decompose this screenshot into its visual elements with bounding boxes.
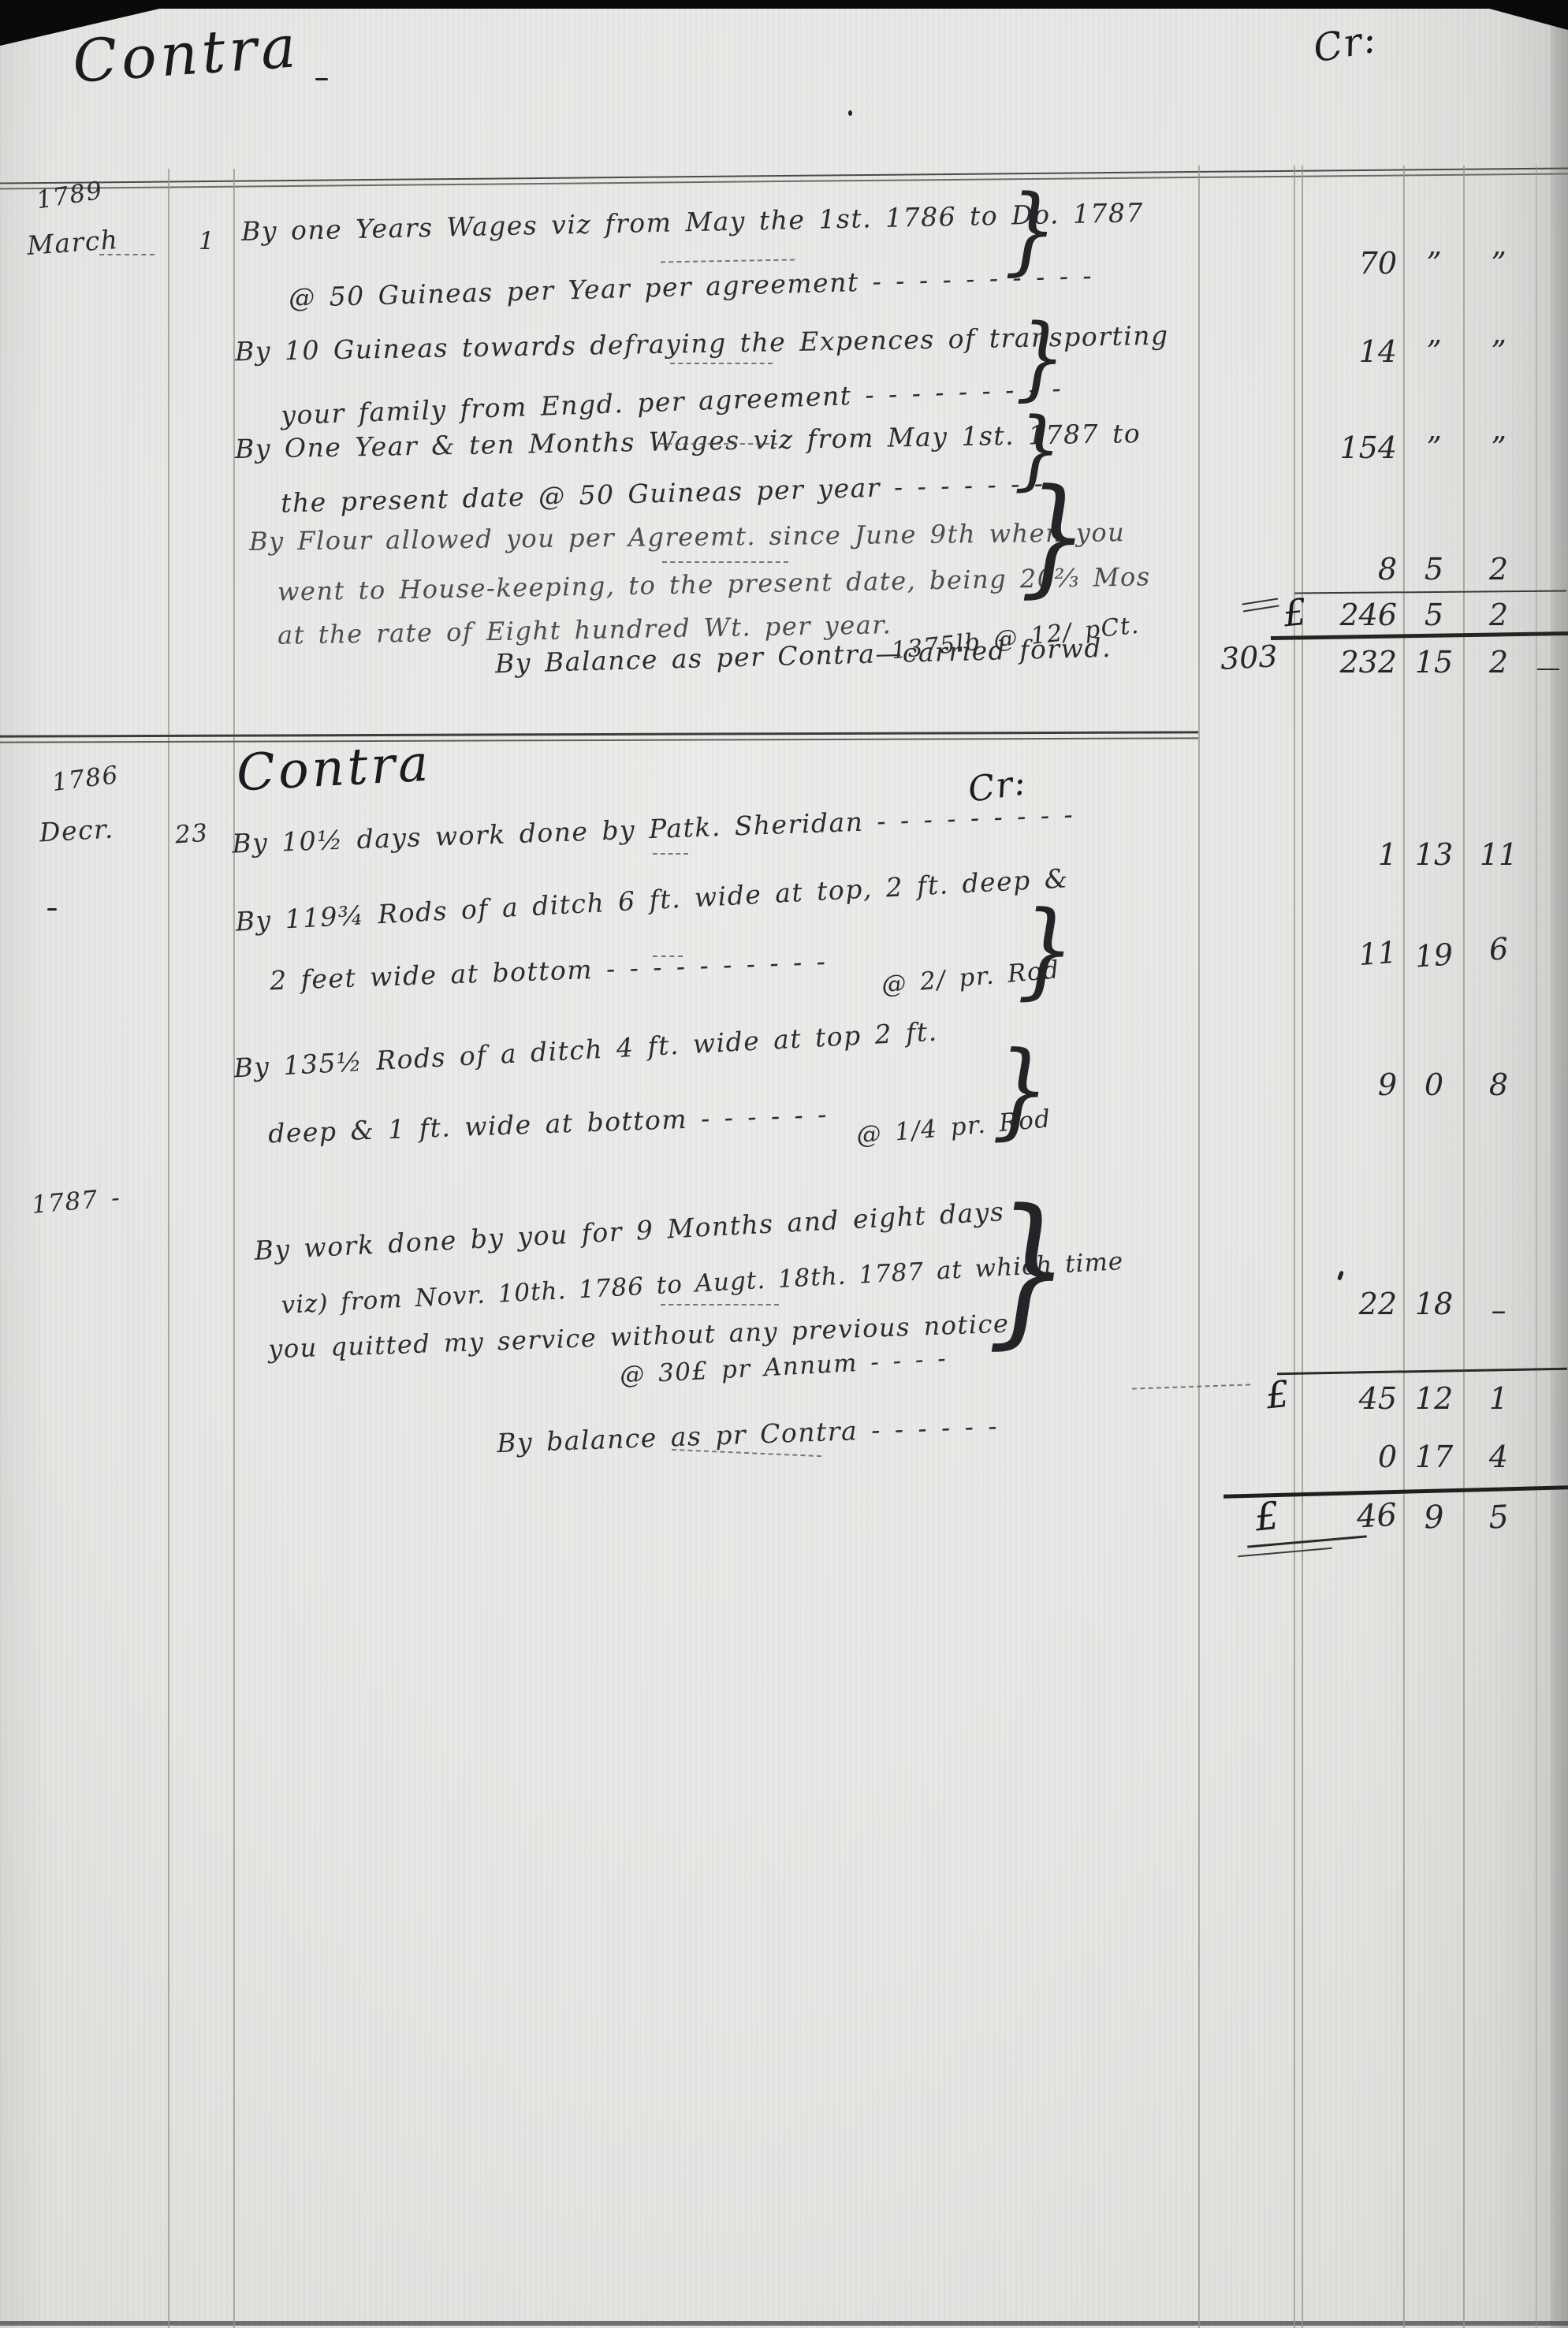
column-rule-pounds-b <box>1302 166 1303 2328</box>
entry-line: By Flour allowed you per Agreemt. since … <box>249 517 1126 557</box>
margin-day: 23 <box>174 819 210 850</box>
entry-line: By 119¾ Rods of a ditch 6 ft. wide at to… <box>235 862 1070 937</box>
total-rule <box>1294 590 1566 594</box>
grand-total-pence: 5 <box>1464 1498 1533 1537</box>
leader-dots <box>672 1449 821 1457</box>
leader-dots <box>99 254 155 255</box>
amount-shillings: ” <box>1410 430 1458 465</box>
margin-year: 1787 - <box>31 1183 122 1220</box>
subtotal-shillings: 12 <box>1410 1381 1458 1416</box>
currency-sign: £ <box>1253 1493 1283 1540</box>
section-title: Contra <box>235 735 433 803</box>
amount-pounds: 11 <box>1300 935 1399 976</box>
folio-number: 303 <box>1220 639 1279 676</box>
ink-speck <box>315 78 328 80</box>
leader-dots <box>670 363 773 364</box>
trailing-dash <box>1537 669 1559 670</box>
total-rule-heavy <box>1271 631 1568 640</box>
total-pounds: 246 <box>1301 598 1397 632</box>
column-rule-folio <box>1198 166 1200 2328</box>
entry-brace: } <box>1020 472 1088 600</box>
amount-pounds: 70 <box>1301 246 1397 281</box>
grand-total-underline <box>1238 1548 1332 1557</box>
entry-brace: } <box>992 1038 1049 1142</box>
amount-pence: ” <box>1465 430 1533 465</box>
ink-speck <box>848 110 852 116</box>
total-pence: 2 <box>1465 598 1533 632</box>
column-rule-shillings <box>1403 166 1405 2328</box>
amount-pence: 2 <box>1465 552 1533 587</box>
column-rule-pounds-a <box>1294 166 1295 2328</box>
balance-line: By balance as pr Contra - - - - - - <box>497 1410 999 1458</box>
total-shillings: 5 <box>1410 598 1458 632</box>
entry-brace: } <box>987 1188 1070 1350</box>
leader-dots <box>661 259 795 263</box>
leader-dots <box>653 955 683 957</box>
credit-mark: Cr: <box>1310 17 1380 71</box>
amount-pence: 11 <box>1465 837 1533 872</box>
amount-shillings: ” <box>1410 246 1458 281</box>
entry-line: deep & 1 ft. wide at bottom - - - - - - <box>268 1099 829 1149</box>
margin-day: 1 <box>199 227 215 255</box>
balance-shillings: 15 <box>1410 645 1458 680</box>
entry-line: By work done by you for 9 Months and eig… <box>254 1196 1006 1266</box>
entry-brace: } <box>1004 183 1057 278</box>
column-rule-right <box>1536 166 1537 2328</box>
leader-dots <box>653 853 688 855</box>
leader-dots <box>661 1304 779 1306</box>
amount-pounds: 22 <box>1301 1287 1397 1321</box>
amount-pounds: 154 <box>1301 430 1397 465</box>
entry-line: 2 feet wide at bottom - - - - - - - - - … <box>270 946 827 996</box>
entry-line: @ 50 Guineas per Year per agreement - - … <box>289 260 1093 313</box>
leader-dots <box>659 443 777 445</box>
scan-edge-top <box>0 0 1568 9</box>
amount-shillings: 5 <box>1410 552 1458 587</box>
subtotal-pence: 1 <box>1465 1381 1533 1416</box>
amount-pence: – <box>1465 1293 1533 1328</box>
amount-pounds: 8 <box>1301 552 1397 587</box>
entry-rate: @ 30£ pr Annum - - - - <box>619 1344 948 1390</box>
margin-month: Decr. <box>39 814 115 848</box>
leader-dots <box>662 561 788 563</box>
leader-dash <box>1132 1384 1250 1389</box>
entry-brace: } <box>1015 313 1066 404</box>
entry-line: By 135½ Rods of a ditch 4 ft. wide at to… <box>233 1016 939 1084</box>
total-rule <box>1277 1368 1567 1375</box>
page-title: Contra <box>70 13 301 96</box>
entry-line: By 10½ days work done by Patk. Sheridan … <box>232 799 1075 859</box>
entry-line: the present date @ 50 Guineas per year -… <box>281 467 1045 518</box>
amount-pence: 6 <box>1464 929 1534 969</box>
margin-year: 1786 <box>50 761 121 797</box>
ledger-page: Contra Cr: 1789 March 1 By one Years Wag… <box>0 0 1568 2328</box>
balance-pence: 4 <box>1465 1440 1533 1474</box>
ink-speck <box>47 908 57 911</box>
balance-shillings: 17 <box>1410 1440 1458 1474</box>
currency-sign: £ <box>1264 1373 1292 1417</box>
subtotal-pounds: 45 <box>1301 1381 1397 1416</box>
amount-shillings: 13 <box>1410 837 1458 872</box>
amount-pence: ” <box>1465 246 1533 281</box>
grand-total-pounds: 46 <box>1300 1497 1398 1538</box>
ink-speck <box>1337 1271 1344 1281</box>
amount-pounds: 1 <box>1301 837 1397 872</box>
balance-pounds: 0 <box>1301 1440 1397 1474</box>
page-bottom-edge <box>0 2321 1568 2326</box>
column-rule-date <box>168 169 169 2328</box>
amount-pounds: 9 <box>1301 1067 1397 1102</box>
amount-shillings: 0 <box>1410 1067 1458 1102</box>
amount-shillings: ” <box>1410 334 1458 369</box>
page-right-edge <box>1551 0 1568 2328</box>
column-rule-pence <box>1463 166 1465 2328</box>
balance-pounds: 232 <box>1301 645 1397 680</box>
section-divider <box>0 737 1198 743</box>
amount-pence: 8 <box>1465 1067 1533 1102</box>
amount-shillings: 19 <box>1409 937 1460 974</box>
column-rule-day <box>233 169 235 2328</box>
balance-pence: 2 <box>1465 645 1533 680</box>
grand-total-shillings: 9 <box>1409 1498 1459 1536</box>
entry-brace: } <box>1017 898 1075 1002</box>
equals-flourish <box>1242 598 1279 612</box>
section-divider <box>0 731 1198 737</box>
amount-pence: ” <box>1465 334 1533 369</box>
amount-shillings: 18 <box>1410 1287 1458 1321</box>
amount-pounds: 14 <box>1301 334 1397 369</box>
